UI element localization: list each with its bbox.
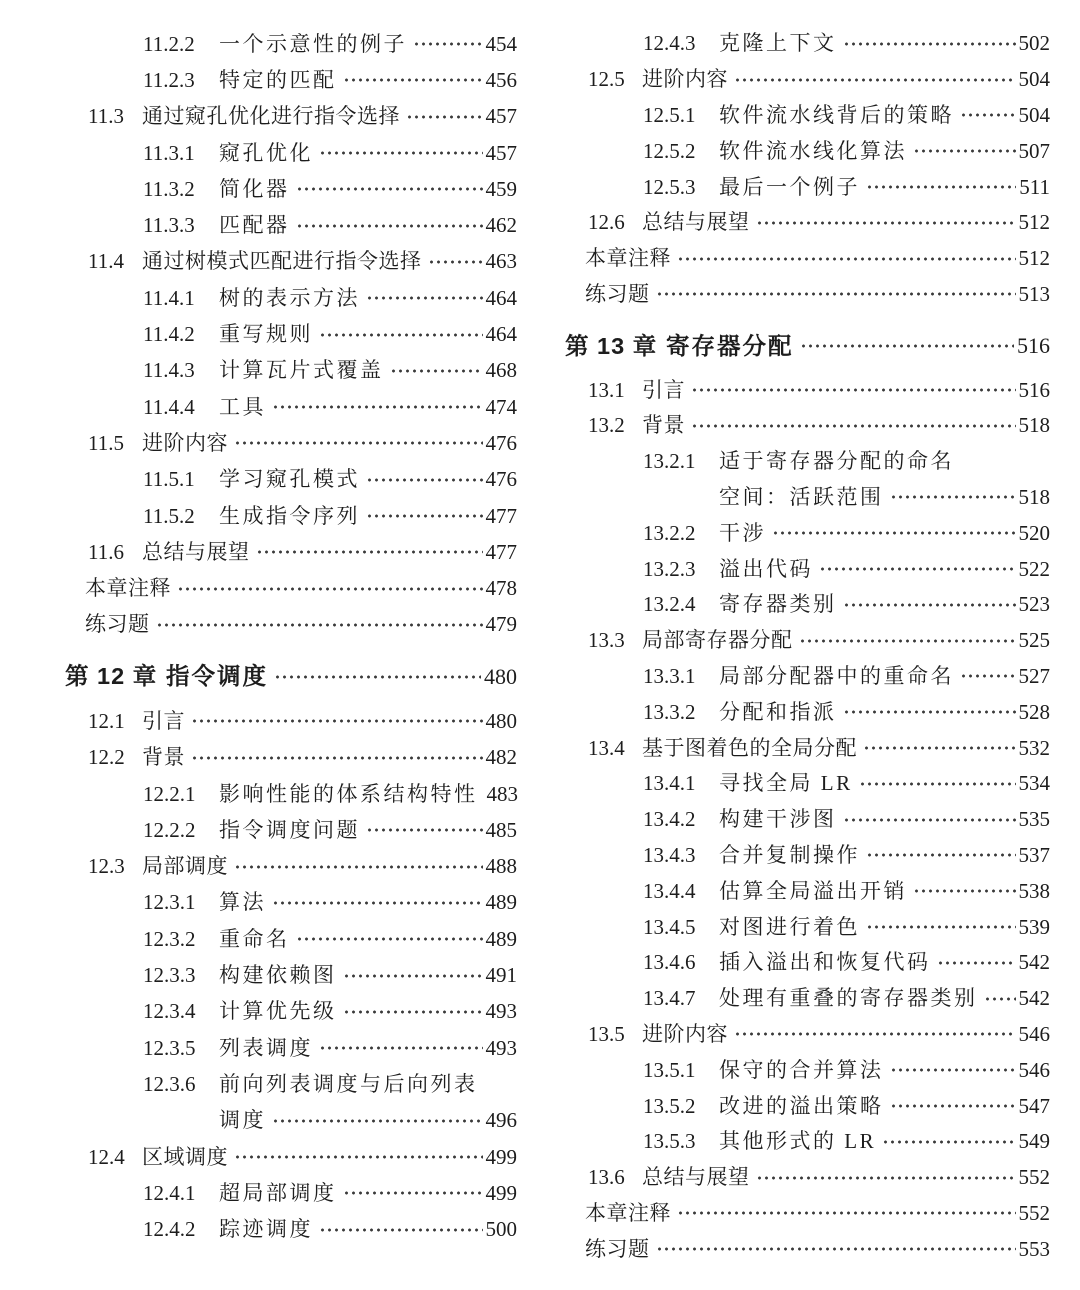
toc-entry-number: 13.4.1 — [643, 773, 719, 794]
toc-entry: 13.1 引言 516 — [565, 372, 1050, 408]
toc-entry-title: 生成指令序列 — [219, 506, 360, 527]
dot-leader — [428, 244, 483, 280]
toc-entry: 12.2.1 影响性能的体系结构特性 483 — [65, 776, 517, 812]
toc-entry-page: 476 — [486, 433, 518, 454]
toc-entry-title: 树的表示方法 — [219, 288, 360, 309]
dot-leader — [234, 849, 483, 885]
dot-leader — [843, 694, 1016, 730]
toc-entry-page: 513 — [1019, 284, 1051, 305]
toc-entry-page: 499 — [486, 1147, 518, 1168]
toc-column-right: 12.4.3 克隆上下文 502 12.5 进阶内容 504 12.5.1 软件… — [565, 26, 1050, 1290]
toc-entry-number: 11.3.1 — [143, 143, 219, 164]
toc-entry-page: 496 — [486, 1110, 518, 1131]
toc-entry-title: 通过窥孔优化进行指令选择 — [142, 106, 400, 127]
dot-leader — [413, 26, 483, 62]
toc-entry-page: 507 — [1019, 141, 1051, 162]
toc-entry-title: 合并复制操作 — [719, 845, 860, 866]
toc-entry-title: 背景 — [142, 747, 185, 768]
toc-entry-page: 502 — [1019, 33, 1051, 54]
toc-entry-title: 改进的溢出策略 — [719, 1096, 884, 1117]
dot-leader — [656, 277, 1016, 313]
toc-entry-title: 构建依赖图 — [219, 965, 337, 986]
toc-entry-title: 踪迹调度 — [219, 1219, 313, 1240]
toc-entry-page: 477 — [486, 506, 518, 527]
toc-entry-page: 553 — [1019, 1239, 1051, 1260]
toc-entry: 11.6 总结与展望 477 — [65, 534, 517, 570]
toc-entry-page: 511 — [1019, 177, 1050, 198]
toc-entry: 11.2.3 特定的匹配 456 — [65, 62, 517, 98]
dot-leader — [366, 812, 483, 848]
toc-entry: 13.4.1 寻找全局 LR 534 — [565, 766, 1050, 802]
toc-entry-page: 477 — [486, 542, 518, 563]
toc-entry-number: 13.5.3 — [643, 1131, 719, 1152]
toc-entry-page: 483 — [487, 784, 519, 805]
toc-entry: 12.3.6 前向列表调度与后向列表 — [65, 1066, 517, 1102]
toc-entry-number: 11.3.2 — [143, 179, 219, 200]
toc-entry: 12.3 局部调度 488 — [65, 849, 517, 885]
toc-entry: 第 12 章 指令调度 480 — [65, 659, 517, 695]
toc-entry-title: 其他形式的 LR — [719, 1131, 876, 1152]
dot-leader — [677, 241, 1016, 277]
toc-entry: 13.3 局部寄存器分配 525 — [565, 623, 1050, 659]
toc-entry-number: 11.5.1 — [143, 469, 219, 490]
toc-entry: 13.6 总结与展望 552 — [565, 1160, 1050, 1196]
toc-entry-title: 处理有重叠的寄存器类别 — [719, 988, 978, 1009]
toc-entry: 13.5.1 保守的合并算法 546 — [565, 1052, 1050, 1088]
toc-entry-title: 列表调度 — [219, 1038, 313, 1059]
toc-entry: 练习题 513 — [565, 277, 1050, 313]
dot-leader — [272, 885, 483, 921]
dot-leader — [890, 480, 1016, 516]
toc-entry: 13.4.2 构建干涉图 535 — [565, 802, 1050, 838]
toc-entry-number: 12.5.2 — [643, 141, 719, 162]
toc-entry-number: 12.4.1 — [143, 1183, 219, 1204]
toc-entry-number: 12.4.3 — [643, 33, 719, 54]
toc-entry-title: 总结与展望 — [142, 542, 250, 563]
toc-entry: 13.5.2 改进的溢出策略 547 — [565, 1088, 1050, 1124]
toc-entry: 11.3 通过窥孔优化进行指令选择 457 — [65, 99, 517, 135]
dot-leader — [799, 623, 1016, 659]
toc-entry-page: 464 — [486, 324, 518, 345]
toc-entry-page: 534 — [1019, 773, 1051, 794]
toc-entry: 11.4.1 树的表示方法 464 — [65, 280, 517, 316]
dot-leader — [274, 659, 481, 695]
toc-entry-page: 537 — [1019, 845, 1051, 866]
toc-entry-number: 13.6 — [588, 1167, 642, 1188]
toc-entry: 11.4.2 重写规则 464 — [65, 316, 517, 352]
toc-entry: 12.4.3 克隆上下文 502 — [565, 26, 1050, 62]
toc-entry-page: 457 — [486, 106, 518, 127]
toc-entry: 本章注释 552 — [565, 1196, 1050, 1232]
dot-leader — [343, 62, 483, 98]
dot-leader — [406, 99, 483, 135]
toc-entry-number: 11.4.1 — [143, 288, 219, 309]
toc-entry-page: 500 — [486, 1219, 518, 1240]
dot-leader — [960, 98, 1016, 134]
toc-entry-page: 456 — [486, 70, 518, 91]
toc-entry: 空间：活跃范围 518 — [565, 480, 1050, 516]
toc-entry-title: 进阶内容 — [642, 1024, 728, 1045]
toc-entry: 12.3.4 计算优先级 493 — [65, 994, 517, 1030]
toc-entry: 13.5.3 其他形式的 LR 549 — [565, 1124, 1050, 1160]
toc-entry-number: 12.2 — [88, 747, 142, 768]
toc-entry-title: 练习题 — [85, 614, 150, 635]
toc-entry: 11.5.2 生成指令序列 477 — [65, 498, 517, 534]
toc-entry-page: 552 — [1019, 1167, 1051, 1188]
toc-entry-title: 空间：活跃范围 — [719, 487, 884, 508]
toc-entry-number: 12.2.2 — [143, 820, 219, 841]
toc-entry-page: 454 — [486, 34, 518, 55]
toc-entry-title: 一个示意性的例子 — [219, 34, 407, 55]
dot-leader — [366, 498, 483, 534]
dot-leader — [272, 389, 483, 425]
dot-leader — [866, 909, 1016, 945]
toc-entry-number: 13.5.2 — [643, 1096, 719, 1117]
dot-leader — [296, 171, 483, 207]
toc-entry-page: 504 — [1019, 69, 1051, 90]
toc-entry-title: 区域调度 — [142, 1147, 228, 1168]
dot-leader — [234, 425, 483, 461]
toc-entry-number: 13.4.2 — [643, 809, 719, 830]
toc-entry-title: 影响性能的体系结构特性 — [219, 784, 478, 805]
toc-entry-number: 11.3.3 — [143, 215, 219, 236]
toc-entry: 11.4.3 计算瓦片式覆盖 468 — [65, 353, 517, 389]
dot-leader — [913, 133, 1016, 169]
toc-entry-number: 第 12 章 — [65, 665, 166, 689]
toc-entry-title: 分配和指派 — [719, 702, 837, 723]
toc-entry: 12.2 背景 482 — [65, 740, 517, 776]
toc-entry-number: 12.3.4 — [143, 1001, 219, 1022]
toc-entry: 练习题 553 — [565, 1231, 1050, 1267]
toc-entry-page: 516 — [1019, 380, 1051, 401]
toc-entry-page: 459 — [486, 179, 518, 200]
toc-entry: 12.5.1 软件流水线背后的策略 504 — [565, 98, 1050, 134]
toc-entry-page: 522 — [1019, 559, 1051, 580]
toc-entry: 11.4.4 工具 474 — [65, 389, 517, 425]
toc-entry: 11.3.2 简化器 459 — [65, 171, 517, 207]
toc-entry-page: 542 — [1019, 988, 1051, 1009]
toc-entry-number: 13.4.7 — [643, 988, 719, 1009]
toc-entry-title: 寄存器分配 — [666, 335, 794, 359]
dot-leader — [191, 703, 483, 739]
toc-entry-page: 512 — [1019, 212, 1051, 233]
toc-entry-title: 引言 — [642, 380, 685, 401]
toc-entry-page: 499 — [486, 1183, 518, 1204]
toc-entry-title: 克隆上下文 — [719, 33, 837, 54]
toc-entry-number: 13.5 — [588, 1024, 642, 1045]
toc-page: 11.2.2 一个示意性的例子 454 11.2.3 特定的匹配 456 11.… — [0, 0, 1080, 1290]
toc-entry-number: 12.3 — [88, 856, 142, 877]
toc-entry-title: 寄存器类别 — [719, 594, 837, 615]
toc-entry: 12.4.2 踪迹调度 500 — [65, 1212, 517, 1248]
toc-entry-title: 本章注释 — [585, 1203, 671, 1224]
toc-entry-page: 549 — [1019, 1131, 1051, 1152]
toc-entry-number: 13.2.3 — [643, 559, 719, 580]
toc-entry-page: 535 — [1019, 809, 1051, 830]
toc-entry-title: 工具 — [219, 397, 266, 418]
toc-entry-title: 进阶内容 — [142, 433, 228, 454]
dot-leader — [366, 462, 483, 498]
dot-leader — [390, 353, 483, 389]
toc-entry: 本章注释 512 — [565, 241, 1050, 277]
dot-leader — [734, 1017, 1016, 1053]
dot-leader — [756, 1160, 1016, 1196]
toc-entry-page: 552 — [1019, 1203, 1051, 1224]
toc-entry-page: 463 — [486, 251, 518, 272]
dot-leader — [984, 981, 1016, 1017]
toc-entry: 11.4 通过树模式匹配进行指令选择 463 — [65, 244, 517, 280]
toc-entry: 13.2.1 适于寄存器分配的命名 — [565, 444, 1050, 480]
toc-entry-title: 对图进行着色 — [719, 917, 860, 938]
toc-entry-number: 12.3.6 — [143, 1074, 219, 1095]
toc-entry-number: 12.6 — [588, 212, 642, 233]
toc-entry-page: 504 — [1019, 105, 1051, 126]
toc-entry-number: 11.5 — [88, 433, 142, 454]
toc-entry-page: 464 — [486, 288, 518, 309]
toc-entry-title: 软件流水线化算法 — [719, 141, 907, 162]
toc-entry-title: 局部分配器中的重命名 — [719, 666, 954, 687]
toc-entry: 本章注释 478 — [65, 570, 517, 606]
toc-entry-page: 480 — [486, 711, 518, 732]
toc-entry-title: 指令调度 — [166, 665, 268, 689]
dot-leader — [656, 1231, 1016, 1267]
toc-entry-number: 12.4 — [88, 1147, 142, 1168]
toc-entry-title: 基于图着色的全局分配 — [642, 738, 857, 759]
dot-leader — [800, 328, 1015, 364]
dot-leader — [319, 135, 483, 171]
toc-entry-page: 520 — [1019, 523, 1051, 544]
toc-entry-number: 13.2.1 — [643, 451, 719, 472]
toc-entry: 12.3.5 列表调度 493 — [65, 1030, 517, 1066]
toc-entry-title: 局部调度 — [142, 856, 228, 877]
toc-entry-title: 局部寄存器分配 — [642, 630, 793, 651]
toc-entry: 11.3.1 窥孔优化 457 — [65, 135, 517, 171]
toc-entry-number: 13.2 — [588, 415, 642, 436]
dot-leader — [191, 740, 483, 776]
toc-entry-number: 12.5.3 — [643, 177, 719, 198]
dot-leader — [691, 372, 1016, 408]
dot-leader — [863, 730, 1016, 766]
toc-entry-page: 539 — [1019, 917, 1051, 938]
toc-entry-number: 11.4.4 — [143, 397, 219, 418]
toc-entry-title: 寻找全局 LR — [719, 773, 853, 794]
toc-entry: 第 13 章 寄存器分配 516 — [565, 328, 1050, 364]
toc-entry-number: 13.4 — [588, 738, 642, 759]
toc-entry-number: 11.4.2 — [143, 324, 219, 345]
toc-entry-number: 12.3.5 — [143, 1038, 219, 1059]
toc-entry: 调度 496 — [65, 1103, 517, 1139]
dot-leader — [319, 316, 483, 352]
toc-entry: 11.5.1 学习窥孔模式 476 — [65, 462, 517, 498]
toc-entry-title: 适于寄存器分配的命名 — [719, 451, 954, 472]
toc-entry-number: 13.4.5 — [643, 917, 719, 938]
toc-entry-title: 重写规则 — [219, 324, 313, 345]
toc-entry: 12.5 进阶内容 504 — [565, 62, 1050, 98]
toc-entry: 12.3.2 重命名 489 — [65, 921, 517, 957]
toc-entry-title: 练习题 — [585, 284, 650, 305]
dot-leader — [756, 205, 1016, 241]
toc-entry-number: 11.5.2 — [143, 506, 219, 527]
toc-entry-title: 背景 — [642, 415, 685, 436]
toc-entry-number: 13.4.6 — [643, 952, 719, 973]
toc-entry-number: 13.3.1 — [643, 666, 719, 687]
dot-leader — [234, 1139, 483, 1175]
toc-entry: 12.5.2 软件流水线化算法 507 — [565, 133, 1050, 169]
toc-entry-number: 12.4.2 — [143, 1219, 219, 1240]
toc-entry-number: 13.3.2 — [643, 702, 719, 723]
toc-entry-page: 527 — [1019, 666, 1051, 687]
toc-entry-page: 518 — [1019, 487, 1051, 508]
toc-entry-number: 11.4 — [88, 251, 142, 272]
toc-entry-page: 468 — [486, 360, 518, 381]
toc-entry: 11.2.2 一个示意性的例子 454 — [65, 26, 517, 62]
toc-entry-title: 计算优先级 — [219, 1001, 337, 1022]
toc-entry-page: 478 — [486, 578, 518, 599]
toc-entry-title: 本章注释 — [85, 578, 171, 599]
toc-entry-title: 保守的合并算法 — [719, 1060, 884, 1081]
toc-entry-number: 12.5.1 — [643, 105, 719, 126]
toc-entry-number: 11.3 — [88, 106, 142, 127]
toc-entry-title: 干涉 — [719, 523, 766, 544]
toc-entry-number: 12.3.2 — [143, 929, 219, 950]
toc-entry-page: 485 — [486, 820, 518, 841]
toc-entry: 12.1 引言 480 — [65, 703, 517, 739]
toc-entry: 13.3.1 局部分配器中的重命名 527 — [565, 659, 1050, 695]
toc-entry-number: 第 13 章 — [565, 335, 666, 359]
toc-entry-page: 474 — [486, 397, 518, 418]
toc-entry: 12.3.3 构建依赖图 491 — [65, 957, 517, 993]
dot-leader — [296, 921, 483, 957]
toc-entry-title: 本章注释 — [585, 248, 671, 269]
toc-entry: 13.3.2 分配和指派 528 — [565, 694, 1050, 730]
toc-entry-title: 窥孔优化 — [219, 143, 313, 164]
dot-leader — [296, 207, 483, 243]
toc-entry-number: 12.3.3 — [143, 965, 219, 986]
toc-entry: 12.4 区域调度 499 — [65, 1139, 517, 1175]
dot-leader — [343, 994, 483, 1030]
toc-entry-number: 12.2.1 — [143, 784, 219, 805]
toc-entry-page: 493 — [486, 1038, 518, 1059]
toc-entry-number: 13.2.2 — [643, 523, 719, 544]
toc-entry-title: 构建干涉图 — [719, 809, 837, 830]
dot-leader — [843, 26, 1016, 62]
dot-leader — [937, 945, 1016, 981]
toc-entry-title: 超局部调度 — [219, 1183, 337, 1204]
dot-leader — [866, 838, 1016, 874]
toc-entry: 13.4.5 对图进行着色 539 — [565, 909, 1050, 945]
toc-entry-page: 547 — [1019, 1096, 1051, 1117]
dot-leader — [772, 515, 1016, 551]
toc-entry: 13.4.6 插入溢出和恢复代码 542 — [565, 945, 1050, 981]
dot-leader — [843, 802, 1016, 838]
toc-entry-page: 518 — [1019, 415, 1051, 436]
toc-entry: 13.5 进阶内容 546 — [565, 1017, 1050, 1053]
toc-entry-title: 前向列表调度与后向列表 — [219, 1074, 478, 1095]
toc-entry-page: 512 — [1019, 248, 1051, 269]
toc-column-left: 11.2.2 一个示意性的例子 454 11.2.3 特定的匹配 456 11.… — [65, 26, 517, 1290]
toc-entry-number: 12.5 — [588, 69, 642, 90]
dot-leader — [177, 570, 483, 606]
toc-entry-title: 指令调度问题 — [219, 820, 360, 841]
toc-entry: 12.3.1 算法 489 — [65, 885, 517, 921]
toc-entry-title: 总结与展望 — [642, 212, 750, 233]
toc-entry: 13.4.3 合并复制操作 537 — [565, 838, 1050, 874]
dot-leader — [843, 587, 1016, 623]
toc-entry-title: 插入溢出和恢复代码 — [719, 952, 931, 973]
toc-entry-page: 532 — [1019, 738, 1051, 759]
toc-entry-title: 估算全局溢出开销 — [719, 881, 907, 902]
toc-entry-title: 调度 — [219, 1110, 266, 1131]
toc-entry-page: 546 — [1019, 1024, 1051, 1045]
dot-leader — [882, 1124, 1015, 1160]
toc-entry-title: 学习窥孔模式 — [219, 469, 360, 490]
toc-entry: 13.2.2 干涉 520 — [565, 515, 1050, 551]
toc-entry-title: 特定的匹配 — [219, 70, 337, 91]
dot-leader — [890, 1052, 1016, 1088]
toc-entry-title: 软件流水线背后的策略 — [719, 105, 954, 126]
toc-entry: 练习题 479 — [65, 607, 517, 643]
toc-entry-number: 11.4.3 — [143, 360, 219, 381]
toc-entry-title: 引言 — [142, 711, 185, 732]
toc-entry-number: 11.2.3 — [143, 70, 219, 91]
dot-leader — [866, 169, 1016, 205]
dot-leader — [366, 280, 483, 316]
dot-leader — [734, 62, 1016, 98]
toc-entry-title: 匹配器 — [219, 215, 290, 236]
toc-entry-page: 480 — [484, 666, 517, 688]
toc-entry: 12.5.3 最后一个例子 511 — [565, 169, 1050, 205]
toc-entry-page: 493 — [486, 1001, 518, 1022]
toc-entry-page: 525 — [1019, 630, 1051, 651]
toc-entry-page: 523 — [1019, 594, 1051, 615]
dot-leader — [819, 551, 1016, 587]
toc-entry-page: 528 — [1019, 702, 1051, 723]
toc-entry-title: 算法 — [219, 892, 266, 913]
dot-leader — [343, 1175, 483, 1211]
toc-entry-page: 491 — [486, 965, 518, 986]
toc-entry-page: 457 — [486, 143, 518, 164]
toc-entry: 12.6 总结与展望 512 — [565, 205, 1050, 241]
toc-entry-page: 489 — [486, 892, 518, 913]
toc-entry-page: 476 — [486, 469, 518, 490]
dot-leader — [691, 408, 1016, 444]
toc-entry-page: 479 — [486, 614, 518, 635]
toc-entry-number: 13.4.3 — [643, 845, 719, 866]
dot-leader — [960, 659, 1016, 695]
toc-entry: 11.5 进阶内容 476 — [65, 425, 517, 461]
toc-entry-number: 13.4.4 — [643, 881, 719, 902]
toc-entry: 12.2.2 指令调度问题 485 — [65, 812, 517, 848]
dot-leader — [913, 873, 1016, 909]
dot-leader — [319, 1212, 483, 1248]
toc-entry-title: 总结与展望 — [642, 1167, 750, 1188]
toc-entry-title: 进阶内容 — [642, 69, 728, 90]
toc-entry: 13.4.7 处理有重叠的寄存器类别 542 — [565, 981, 1050, 1017]
toc-entry-title: 简化器 — [219, 179, 290, 200]
toc-entry: 13.2.3 溢出代码 522 — [565, 551, 1050, 587]
toc-entry-page: 462 — [486, 215, 518, 236]
toc-entry-number: 13.1 — [588, 380, 642, 401]
toc-entry: 11.3.3 匹配器 462 — [65, 207, 517, 243]
toc-entry-number: 13.3 — [588, 630, 642, 651]
toc-entry: 13.2 背景 518 — [565, 408, 1050, 444]
toc-entry-title: 溢出代码 — [719, 559, 813, 580]
toc-entry-title: 通过树模式匹配进行指令选择 — [142, 251, 422, 272]
toc-entry-page: 546 — [1019, 1060, 1051, 1081]
toc-entry-title: 最后一个例子 — [719, 177, 860, 198]
toc-entry-title: 重命名 — [219, 929, 290, 950]
dot-leader — [677, 1196, 1016, 1232]
